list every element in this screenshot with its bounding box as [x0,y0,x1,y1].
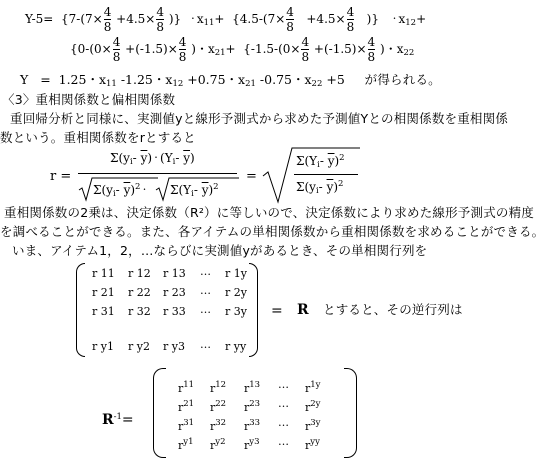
matrix-cell: … [200,338,211,351]
matrix-inv-cell: r3y [305,418,320,433]
matrix-inv-cell: … [278,416,289,429]
equation-line-1: Y-5= {7-(7×48 +4.5×48 )} ・x11+ {4.5-(7×4… [25,6,426,33]
eq3-c4: -0.75・x [260,72,312,87]
matrix-cell: r 32 [128,305,151,318]
eq1-lhs: Y-5= [25,12,53,26]
matrix-Rinv-label: R-1= [102,413,134,427]
eq3-suffix: が得られる。 [365,72,441,87]
matrix-inv-cell: r13 [244,380,260,395]
matrix-cell: r 12 [128,267,151,280]
matrix-cell: r 3y [225,305,247,318]
matrix-cell: r y1 [92,340,114,353]
fraction-4-8: 48 [179,36,187,63]
matrix-inv-cell: ryy [305,437,320,452]
matrix-cell: … [200,265,211,278]
section-heading: 〈3〉重相関係数と偏相関係数 [2,94,175,107]
matrix-right-bracket [249,263,258,357]
paragraph-2-line-2: を調べることができる。また、各アイテムの単相関係数から重相関係数を求めることがで… [0,226,544,239]
matrix-cell: r 2y [225,286,247,299]
eq3-s3: 21 [245,79,256,89]
eq2-term3-open: {0-(0× [70,42,112,56]
fraction-bar [78,173,237,174]
matrix-cell: r 23 [163,286,186,299]
eq2-term3-mid: +(-1.5)× [125,42,178,56]
matrix-inv-cell: r22 [210,399,226,414]
equation-line-3: Y = 1.25・x11 -1.25・x12 +0.75・x21 -0.75・x… [20,74,441,89]
matrix-inv-cell: … [278,435,289,448]
eq2-term4-mid: +(-1.5)× [314,42,367,56]
matrix-cell: r 22 [128,286,151,299]
eq2-term4-close: )・x [380,42,403,56]
plus: + [214,12,224,26]
paragraph-1-line-2: 数という。重相関係数をrとすると [0,132,196,145]
matrix-inv-cell: r33 [244,418,260,433]
fraction-4-8: 48 [347,6,355,33]
plus: + [226,42,236,56]
matrix-cell: r 33 [163,305,186,318]
eq3-c1: 1.25・x [59,72,106,87]
eq3-c5: +5 [326,72,344,87]
fraction-4-8: 48 [368,36,376,63]
eq1-term2-close: )} [367,12,379,26]
matrix-R-equals: = [271,304,283,318]
matrix-inv-cell: r1y [305,380,320,395]
matrix-inv-cell: r2y [305,399,320,414]
fraction-4-8: 48 [113,36,121,63]
matrix-cell: r yy [225,340,246,353]
fraction-4-8: 48 [301,36,309,63]
eq1-term1-close: )} [169,12,181,26]
matrix-inv-cell: ry2 [210,437,225,452]
matrix-inv-right-bracket [344,368,357,458]
matrix-cell: … [200,284,211,297]
matrix-cell: … [200,303,211,316]
x22-sub: 22 [403,48,414,58]
matrix-R-suffix: とすると、その逆行列は [323,304,463,317]
eq3-s4: 22 [312,79,323,89]
eq3-c3: +0.75・x [187,72,245,87]
matrix-inv-cell: ry1 [178,437,193,452]
matrix-inv-cell: r31 [178,418,194,433]
matrix-left-bracket [76,263,85,357]
paragraph-2-line-1: 重相関係数の2乗は、決定係数（R²）に等しいので、決定係数により求めた線形予測式… [4,207,534,220]
fraction-bar [294,174,358,175]
matrix-cell: r 21 [92,286,115,299]
formula-r-numerator: Σ(yi- y)・(Yi- y) [110,152,195,167]
formula-r-denominator-right: Σ(Yi- y)2 [170,183,219,199]
eq1-term2-open: {4.5-(7× [232,12,285,26]
eq1-term1-mid: +4.5× [116,12,155,26]
eq3-s1: 11 [106,79,117,89]
eq1-term2-mid: +4.5× [306,12,345,26]
eq3-c2: -1.25・x [121,72,173,87]
eq3-eq: = [40,72,50,87]
formula-r-denominator-left: Σ(yi- y)2・ [93,183,148,199]
eq3-lhs: Y [20,72,28,87]
matrix-cell: r 13 [163,267,186,280]
dot: ・ [189,14,197,23]
x21-sub: 21 [215,48,226,58]
matrix-inv-cell: r32 [210,418,226,433]
matrix-inv-cell: … [278,378,289,391]
plus: + [416,12,426,26]
formula-r-equals: = [246,170,257,183]
matrix-inv-cell: r21 [178,399,194,414]
fraction-4-8: 48 [286,6,294,33]
fraction-4-8: 48 [104,6,112,33]
matrix-cell: r 31 [92,305,115,318]
sqrt-denominator: Σ(yi- y)2 [296,180,343,196]
equation-line-2: {0-(0×48 +(-1.5)×48 )・x21+ {-1.5-(0×48 +… [70,36,414,63]
eq3-s2: 12 [172,79,183,89]
matrix-cell: r y2 [128,340,150,353]
matrix-inv-cell: … [278,397,289,410]
matrix-inv-cell: r12 [210,380,226,395]
matrix-R-name: R [297,303,309,317]
matrix-cell: r 11 [92,267,115,280]
paragraph-2-line-3: いま、アイテム1，2，…ならびに実測値yがあるとき、その単相関行列を [12,245,427,258]
paragraph-1-line-1: 重回帰分析と同様に、実測値yと線形予測式から求めた予測値Yとの相関係数を重相関係 [10,113,508,126]
eq2-term4-open: {-1.5-(0× [243,42,300,56]
eq1-term1-open: {7-(7× [61,12,103,26]
sqrt-numerator: Σ(Yi- y)2 [296,154,345,170]
fraction-4-8: 48 [156,6,164,33]
formula-r-lhs: r = [50,170,71,183]
matrix-inv-cell: r11 [178,380,194,395]
eq2-term3-close: )・x [191,42,214,56]
matrix-cell: r y3 [163,340,185,353]
x12: x12 [398,12,416,26]
x11: x11 [197,12,215,26]
matrix-inv-cell: ry3 [244,437,259,452]
matrix-inv-cell: r23 [244,399,260,414]
matrix-inv-left-bracket [153,368,166,458]
matrix-cell: r 1y [225,267,247,280]
